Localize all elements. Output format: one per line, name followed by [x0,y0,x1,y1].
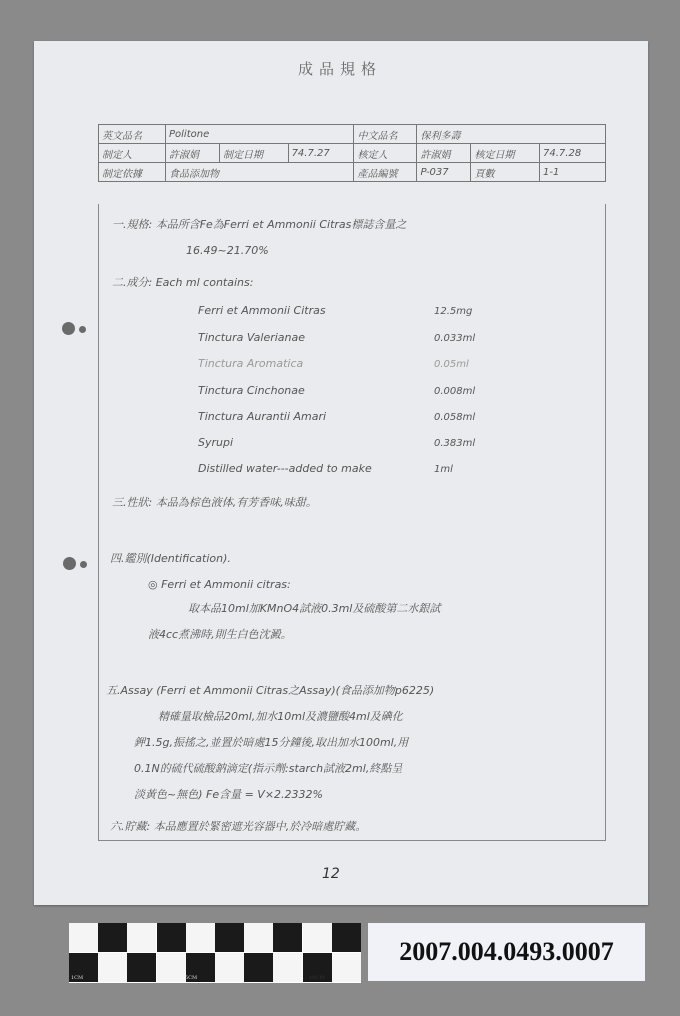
ingredient-name: Tinctura Cinchonae [198,384,305,397]
scale-square [157,953,186,982]
value-approve-date: 74.7.28 [540,144,606,163]
header-table: 英文品名 Politone 中文品名 保利多壽 制定人 許淑娟 制定日期 74.… [98,124,606,182]
scale-label: 5CM [185,975,197,981]
label-product-no: 產品編號 [354,163,417,182]
punch-hole [63,557,76,570]
value-approver: 許淑娟 [417,144,471,163]
ingredient-name: Distilled water---added to make [198,462,372,475]
ingredient-amount: 0.383ml [434,438,475,449]
scale-square [69,923,98,952]
section-composition: 二.成分: Each ml contains: [112,274,253,290]
label-english-name: 英文品名 [99,125,166,144]
section-properties: 三.性狀: 本品為棕色液体,有芳香味,味甜。 [112,494,317,510]
table-row: 制定人 許淑娟 制定日期 74.7.27 核定人 許淑娟 核定日期 74.7.2… [99,144,606,163]
scale-square [98,953,127,982]
ingredient-amount: 0.05ml [434,359,469,370]
scale-square [273,923,302,952]
page-number: 12 [322,866,340,882]
scale-label: 1CM [71,975,83,981]
value-date: 74.7.27 [288,144,354,163]
value-pages: 1-1 [540,163,606,182]
ingredient-amount: 0.033ml [434,333,475,344]
ingredient-amount: 12.5mg [434,306,472,317]
ingredient-name: Tinctura Aromatica [198,357,303,370]
assay-line: 0.1N的硫代硫酸鈉滴定(指示劑:starch試液2ml,終點呈 [134,760,402,776]
label-basis: 制定依據 [99,163,166,182]
scale-square [127,953,156,982]
scale-square [157,923,186,952]
ingredient-name: Tinctura Valerianae [198,331,305,344]
ingredient-name: Tinctura Aurantii Amari [198,410,326,423]
ingredient-name: Syrupi [198,436,233,449]
document-title: 成品規格 [0,58,680,79]
value-english-name: Politone [166,125,354,144]
identification-sub: ◎ Ferri et Ammonii citras: [148,578,291,591]
value-basis: 食品添加物 [166,163,354,182]
scale-square [215,923,244,952]
scale-square [186,923,215,952]
label-approver: 核定人 [354,144,417,163]
ingredient-amount: 0.008ml [434,386,475,397]
scale-square [127,923,156,952]
scale-square [215,953,244,982]
assay-line: 淡黃色~無色) Fe含量 = V×2.2332% [134,786,323,802]
label-approve-date: 核定日期 [471,144,540,163]
section-assay: 五.Assay (Ferri et Ammonii Citras之Assay)(… [106,682,434,698]
value-product-no: P-037 [417,163,471,182]
ingredient-amount: 0.058ml [434,412,475,423]
assay-line: 鉀1.5g,振搖之,並置於暗處15分鐘後,取出加水100ml,用 [134,734,408,750]
scale-square [303,923,332,952]
section-spec: 一.規格: 本品所含Fe為Ferri et Ammonii Citras標誌含量… [112,216,406,232]
scale-square [244,923,273,952]
label-date: 制定日期 [219,144,288,163]
color-scale-bar: 1CM5CM10CM [69,923,361,983]
section-identification: 四.鑑別(Identification). [110,550,231,566]
label-chinese-name: 中文品名 [354,125,417,144]
scale-square [273,953,302,982]
label-pages: 頁數 [471,163,540,182]
assay-line: 精確量取檢品20ml,加水10ml及濃鹽酸4ml及碘化 [158,708,403,724]
scale-label: 10CM [309,975,324,981]
scale-square [98,923,127,952]
value-chinese-name: 保利多壽 [417,125,606,144]
punch-hole [79,326,86,333]
ingredient-name: Ferri et Ammonii Citras [198,304,326,317]
punch-hole [62,322,75,335]
label-author: 制定人 [99,144,166,163]
scale-square [332,953,361,982]
value-author: 許淑娟 [166,144,220,163]
punch-hole [80,561,87,568]
ingredient-amount: 1ml [434,464,453,475]
identification-line: 取本品10ml加KMnO4試液0.3ml及硫酸第二水銀試 [188,600,440,616]
scale-square [244,953,273,982]
scale-square [332,923,361,952]
table-row: 制定依據 食品添加物 產品編號 P-037 頁數 1-1 [99,163,606,182]
spec-range: 16.49~21.70% [186,244,269,257]
section-storage: 六.貯藏: 本品應置於緊密遮光容器中,於冷暗處貯藏。 [110,818,366,834]
accession-number-label: 2007.004.0493.0007 [368,923,645,981]
table-row: 英文品名 Politone 中文品名 保利多壽 [99,125,606,144]
identification-line: 液4cc煮沸時,則生白色沈澱。 [148,626,292,642]
